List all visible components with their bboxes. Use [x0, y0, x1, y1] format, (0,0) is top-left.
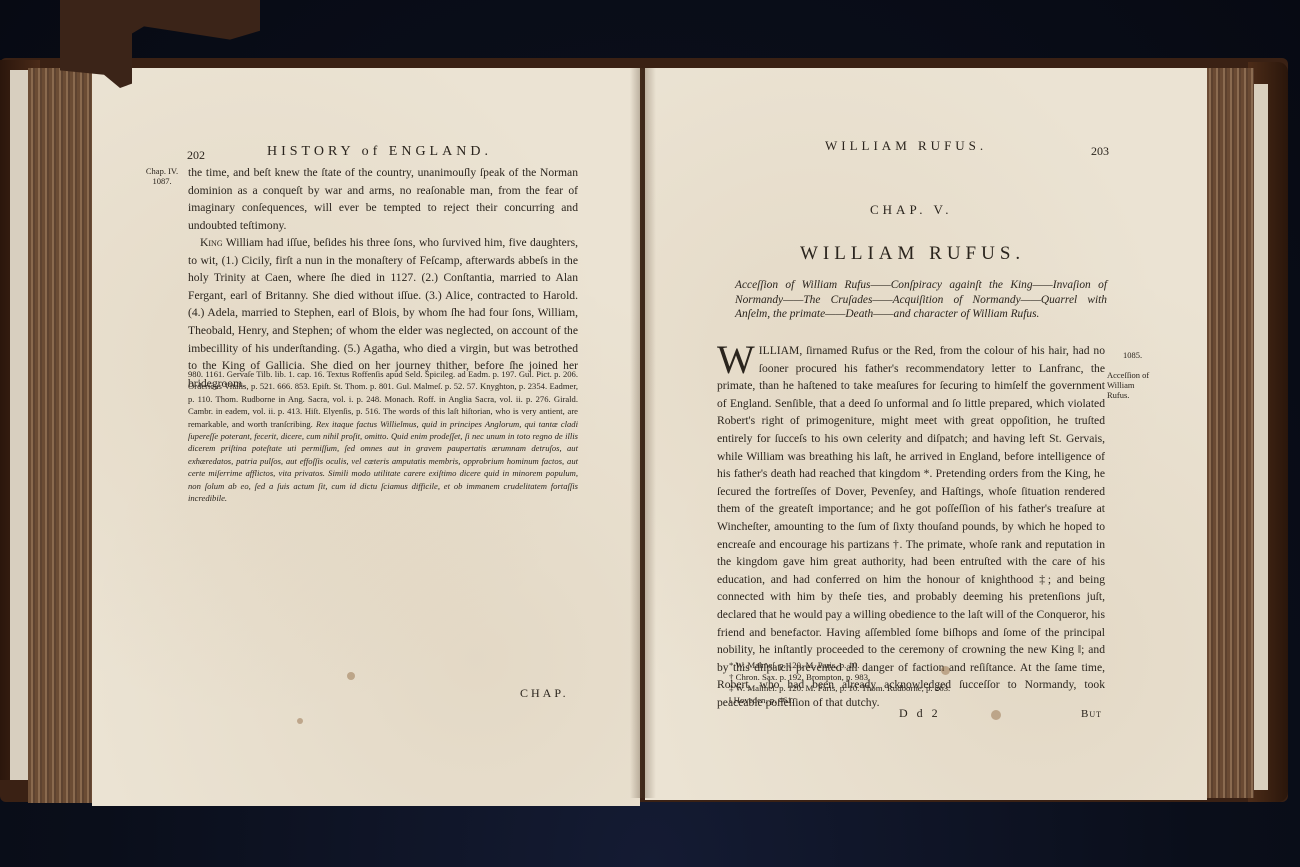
signature-mark: D d 2 — [899, 706, 941, 721]
foxing-spot — [991, 710, 1001, 720]
left-page: 202 HISTORY of ENGLAND. Chap. IV. 1087. … — [92, 68, 640, 806]
footnote-block: 980. 1161. Gervaſe Tilb. lib. 1. cap. 16… — [188, 368, 578, 504]
chapter-argument: Acceſſion of William Rufus——Conſpiracy a… — [735, 278, 1107, 322]
chapter-title: WILLIAM RUFUS. — [800, 243, 1025, 265]
margin-year: 1085. — [1123, 350, 1142, 360]
book-gutter — [630, 68, 656, 798]
chapter-body: WILLIAM, ſirnamed Rufus or the Red, from… — [717, 342, 1105, 711]
margin-note: Acceſſion of William Rufus. — [1107, 370, 1157, 400]
footnotes: * W. Malmeſ. p. 120. M. Paris, p. 10. † … — [729, 660, 1069, 706]
running-head: WILLIAM RUFUS. — [825, 138, 987, 154]
lead-word: King — [200, 236, 223, 249]
opening-caps: ILLIAM — [759, 344, 800, 357]
margin-note: Chap. IV. 1087. — [140, 166, 184, 186]
right-page-edges — [1206, 68, 1254, 798]
running-head: HISTORY of ENGLAND. — [267, 144, 492, 160]
catchword: CHAP. — [520, 686, 569, 701]
page-number: 203 — [1091, 144, 1109, 159]
margin-chapter: Chap. IV. — [140, 166, 184, 176]
foxing-spot — [297, 718, 303, 724]
right-endpaper — [1252, 84, 1268, 790]
foxing-spot — [941, 666, 950, 675]
margin-year: 1087. — [140, 176, 184, 186]
paragraph-continued: the time, and beſt knew the ſtate of the… — [188, 164, 578, 234]
footnote: * W. Malmeſ. p. 120. M. Paris, p. 10. — [729, 660, 1069, 672]
footnote: ‡ W. Malmeſ. p. 120. M. Paris, p. 10. Th… — [729, 683, 1069, 695]
left-page-edges — [28, 68, 92, 803]
body-text: , ſirnamed Rufus or the Red, from the co… — [717, 344, 1105, 709]
footnote: ‖ Hoveden, p. 461. — [729, 695, 1069, 707]
footnote-latin-quote: Rex itaque factus Willielmus, quid in pr… — [188, 419, 578, 503]
chapter-label: CHAP. V. — [870, 202, 952, 218]
footnote: † Chron. Sax. p. 192. Brompton, p. 983. — [729, 672, 1069, 684]
paragraph-text: William had iſſue, beſides his three ſon… — [188, 236, 578, 390]
drop-cap: W — [717, 344, 755, 376]
right-page: WILLIAM RUFUS. 203 CHAP. V. WILLIAM RUFU… — [645, 68, 1207, 800]
page-number: 202 — [187, 148, 205, 163]
catchword: But — [1081, 708, 1102, 720]
foxing-spot — [347, 672, 355, 680]
